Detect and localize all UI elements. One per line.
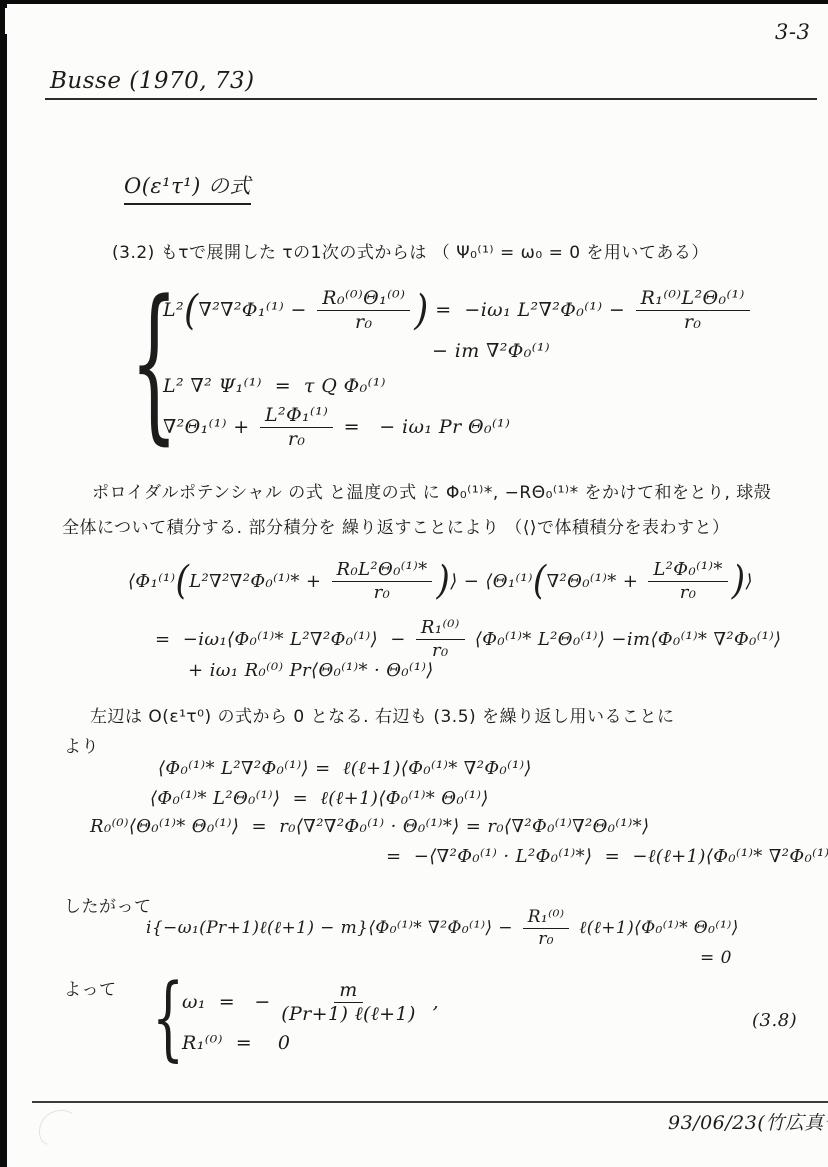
- fraction-numerator: m: [334, 980, 362, 1003]
- identity-equation-3: R₀⁽⁰⁾⟨Θ₀⁽¹⁾* Θ₀⁽¹⁾⟩ = r₀⟨∇²∇²Φ₀⁽¹⁾ · Θ₀⁽…: [90, 816, 650, 837]
- fraction-numerator: R₁⁽⁰⁾L²Θ₀⁽¹⁾: [636, 288, 750, 311]
- connective-hence: よって: [64, 975, 117, 1000]
- fraction: R₀L²Θ₀⁽¹⁾* r₀: [332, 560, 433, 603]
- scan-edge-top: [0, 0, 828, 4]
- eq-text: R₁⁽⁰⁾ = 0: [182, 1032, 290, 1054]
- equation-poloidal-1-cont: − im ∇²Φ₀⁽¹⁾: [432, 340, 550, 362]
- scan-edge-left: [0, 0, 7, 1167]
- equation-volume-integral-rhs: = −iω₁⟨Φ₀⁽¹⁾* L²∇²Φ₀⁽¹⁾⟩ − R₁⁽⁰⁾ r₀ ⟨Φ₀⁽…: [155, 618, 781, 661]
- big-paren-open: (: [175, 564, 189, 599]
- fraction: L²Φ₁⁽¹⁾ r₀: [260, 405, 333, 450]
- eq-text: ⟨Φ₀⁽¹⁾* L²∇²Φ₀⁽¹⁾⟩ = ℓ(ℓ+1)⟨Φ₀⁽¹⁾* ∇²Φ₀⁽…: [158, 758, 532, 779]
- eq-text: R₀⁽⁰⁾⟨Θ₀⁽¹⁾* Θ₀⁽¹⁾⟩ = r₀⟨∇²∇²Φ₀⁽¹⁾ · Θ₀⁽…: [90, 816, 650, 837]
- header-title: Busse (1970, 73): [50, 68, 255, 94]
- big-paren-close: ): [732, 564, 746, 599]
- eq-text: ⟨Φ₀⁽¹⁾* L²Θ₀⁽¹⁾⟩ −im⟨Φ₀⁽¹⁾* ∇²Φ₀⁽¹⁾⟩: [469, 629, 782, 650]
- footer-rule: [32, 1101, 828, 1103]
- fraction-numerator: R₁⁽⁰⁾: [523, 908, 570, 929]
- big-paren-open: (: [184, 292, 198, 329]
- result-equation-zero: = 0: [700, 948, 732, 968]
- header-rule: Busse (1970, 73): [45, 68, 817, 100]
- result-equation: i{−ω₁(Pr+1)ℓ(ℓ+1) − m}⟨Φ₀⁽¹⁾* ∇²Φ₀⁽¹⁾⟩ −…: [146, 908, 739, 948]
- big-paren-close: ): [414, 292, 428, 329]
- eq-text: = −iω₁⟨Φ₀⁽¹⁾* L²∇²Φ₀⁽¹⁾⟩ −: [155, 629, 412, 650]
- fraction-denominator: r₀: [538, 929, 554, 949]
- footer-signature: 93/06/23(竹広真一): [668, 1108, 828, 1135]
- scanned-note-page: 3-3 Busse (1970, 73) O(ε¹τ¹) の式 (3.2) もτ…: [0, 0, 828, 1167]
- fraction-denominator: r₀: [680, 582, 697, 603]
- intro-sentence: (3.2) もτで展開した τの1次の式からは （ Ψ₀⁽¹⁾ = ω₀ = 0…: [112, 238, 709, 263]
- eq-text: = −⟨∇²Φ₀⁽¹⁾ · L²Φ₀⁽¹⁾*⟩ = −ℓ(ℓ+1)⟨Φ₀⁽¹⁾*…: [386, 846, 828, 867]
- fraction-numerator: R₁⁽⁰⁾: [416, 618, 465, 640]
- equation-volume-integral-rhs2: + iω₁ R₀⁽⁰⁾ Pr⟨Θ₀⁽¹⁾* · Θ₀⁽¹⁾⟩: [188, 660, 434, 681]
- eq-text: L²∇²∇²Φ₀⁽¹⁾* +: [189, 571, 327, 592]
- paragraph-integration-line1: ポロイダルポテンシャル の式 と温度の式 に Φ₀⁽¹⁾*, −RΘ₀⁽¹⁾* …: [92, 478, 771, 503]
- paragraph-lhs-zero-line1: 左辺は O(ε¹τ⁰) の式から 0 となる. 右辺も (3.5) を繰り返し用…: [90, 702, 675, 727]
- equation-temperature-1: ∇²Θ₁⁽¹⁾ + L²Φ₁⁽¹⁾ r₀ = − iω₁ Pr Θ₀⁽¹⁾: [163, 405, 510, 450]
- eq-text: ,: [420, 991, 439, 1013]
- eq-text: ⟩: [745, 571, 752, 592]
- identity-equation-3-cont: = −⟨∇²Φ₀⁽¹⁾ · L²Φ₀⁽¹⁾*⟩ = −ℓ(ℓ+1)⟨Φ₀⁽¹⁾*…: [386, 846, 828, 867]
- eq-text: + iω₁ R₀⁽⁰⁾ Pr⟨Θ₀⁽¹⁾* · Θ₀⁽¹⁾⟩: [188, 660, 434, 681]
- eq-text: i{−ω₁(Pr+1)ℓ(ℓ+1) − m}⟨Φ₀⁽¹⁾* ∇²Φ₀⁽¹⁾⟩ −: [146, 918, 519, 938]
- fraction-denominator: (Pr+1) ℓ(ℓ+1): [281, 1003, 416, 1025]
- fraction: L²Φ₀⁽¹⁾* r₀: [648, 560, 727, 603]
- fraction-denominator: r₀: [355, 311, 373, 333]
- eq-text: ⟨Φ₁⁽¹⁾: [128, 571, 175, 592]
- eq-text: ⟩ − ⟨Θ₁⁽¹⁾: [450, 571, 533, 592]
- equation-poloidal-1: L² ( ∇²∇²Φ₁⁽¹⁾ − R₀⁽⁰⁾Θ₁⁽⁰⁾ r₀ ) = −iω₁ …: [163, 288, 754, 333]
- eq-text: = − iω₁ Pr Θ₀⁽¹⁾: [337, 416, 510, 438]
- omega1-equation: ω₁ = − m (Pr+1) ℓ(ℓ+1) ,: [182, 980, 439, 1025]
- equation-volume-integral-lhs: ⟨Φ₁⁽¹⁾ ( L²∇²∇²Φ₀⁽¹⁾* + R₀L²Θ₀⁽¹⁾* r₀ ) …: [128, 560, 753, 603]
- fraction: R₁⁽⁰⁾ r₀: [523, 908, 570, 948]
- big-paren-open: (: [533, 564, 547, 599]
- identity-equation-1: ⟨Φ₀⁽¹⁾* L²∇²Φ₀⁽¹⁾⟩ = ℓ(ℓ+1)⟨Φ₀⁽¹⁾* ∇²Φ₀⁽…: [158, 758, 532, 779]
- eq-text: ℓ(ℓ+1)⟨Φ₀⁽¹⁾* Θ₀⁽¹⁾⟩: [573, 918, 738, 938]
- eq-text: L²: [163, 299, 184, 321]
- fraction-numerator: L²Φ₁⁽¹⁾: [260, 405, 333, 428]
- eq-text: L² ∇² Ψ₁⁽¹⁾ = τ Q Φ₀⁽¹⁾: [163, 375, 386, 397]
- eq-text: ω₁ = −: [182, 991, 277, 1013]
- eq-text: − im ∇²Φ₀⁽¹⁾: [432, 340, 550, 362]
- fraction-numerator: R₀⁽⁰⁾Θ₁⁽⁰⁾: [317, 288, 410, 311]
- paragraph-integration-line2: 全体について積分する. 部分積分を 繰り返すことにより （⟨⟩で体積積分を表わす…: [62, 513, 730, 538]
- big-paren-close: ): [436, 564, 450, 599]
- left-brace-icon: {: [152, 972, 184, 1064]
- section-title: O(ε¹τ¹) の式: [124, 170, 251, 205]
- paragraph-lhs-zero-line2: より: [64, 732, 99, 757]
- scan-smudge: [34, 1105, 86, 1151]
- fraction: R₁⁽⁰⁾ r₀: [416, 618, 465, 661]
- fraction: R₀⁽⁰⁾Θ₁⁽⁰⁾ r₀: [317, 288, 410, 333]
- page-number: 3-3: [775, 20, 810, 44]
- fraction-numerator: R₀L²Θ₀⁽¹⁾*: [332, 560, 433, 582]
- fraction-denominator: r₀: [374, 582, 391, 603]
- fraction: R₁⁽⁰⁾L²Θ₀⁽¹⁾ r₀: [636, 288, 750, 333]
- eq-text: ⟨Φ₀⁽¹⁾* L²Θ₀⁽¹⁾⟩ = ℓ(ℓ+1)⟨Φ₀⁽¹⁾* Θ₀⁽¹⁾⟩: [150, 788, 489, 809]
- identity-equation-2: ⟨Φ₀⁽¹⁾* L²Θ₀⁽¹⁾⟩ = ℓ(ℓ+1)⟨Φ₀⁽¹⁾* Θ₀⁽¹⁾⟩: [150, 788, 489, 809]
- eq-text: ∇²Θ₁⁽¹⁾ +: [163, 416, 256, 438]
- fraction-numerator: L²Φ₀⁽¹⁾*: [648, 560, 727, 582]
- eq-text: ∇²Θ₀⁽¹⁾* +: [547, 571, 645, 592]
- eq-text: ∇²∇²Φ₁⁽¹⁾ −: [199, 299, 314, 321]
- equation-toroidal-1: L² ∇² Ψ₁⁽¹⁾ = τ Q Φ₀⁽¹⁾: [163, 375, 386, 397]
- fraction-denominator: r₀: [684, 311, 702, 333]
- eq-text: = −iω₁ L²∇²Φ₀⁽¹⁾ −: [429, 299, 632, 321]
- rayleigh1-equation: R₁⁽⁰⁾ = 0: [182, 1032, 290, 1054]
- fraction-denominator: r₀: [288, 428, 306, 450]
- connective-therefore: したがって: [64, 892, 152, 917]
- fraction: m (Pr+1) ℓ(ℓ+1): [281, 980, 416, 1025]
- fraction-denominator: r₀: [432, 640, 449, 661]
- scan-edge-notch: [5, 8, 14, 34]
- equation-number: (3.8): [752, 1010, 797, 1031]
